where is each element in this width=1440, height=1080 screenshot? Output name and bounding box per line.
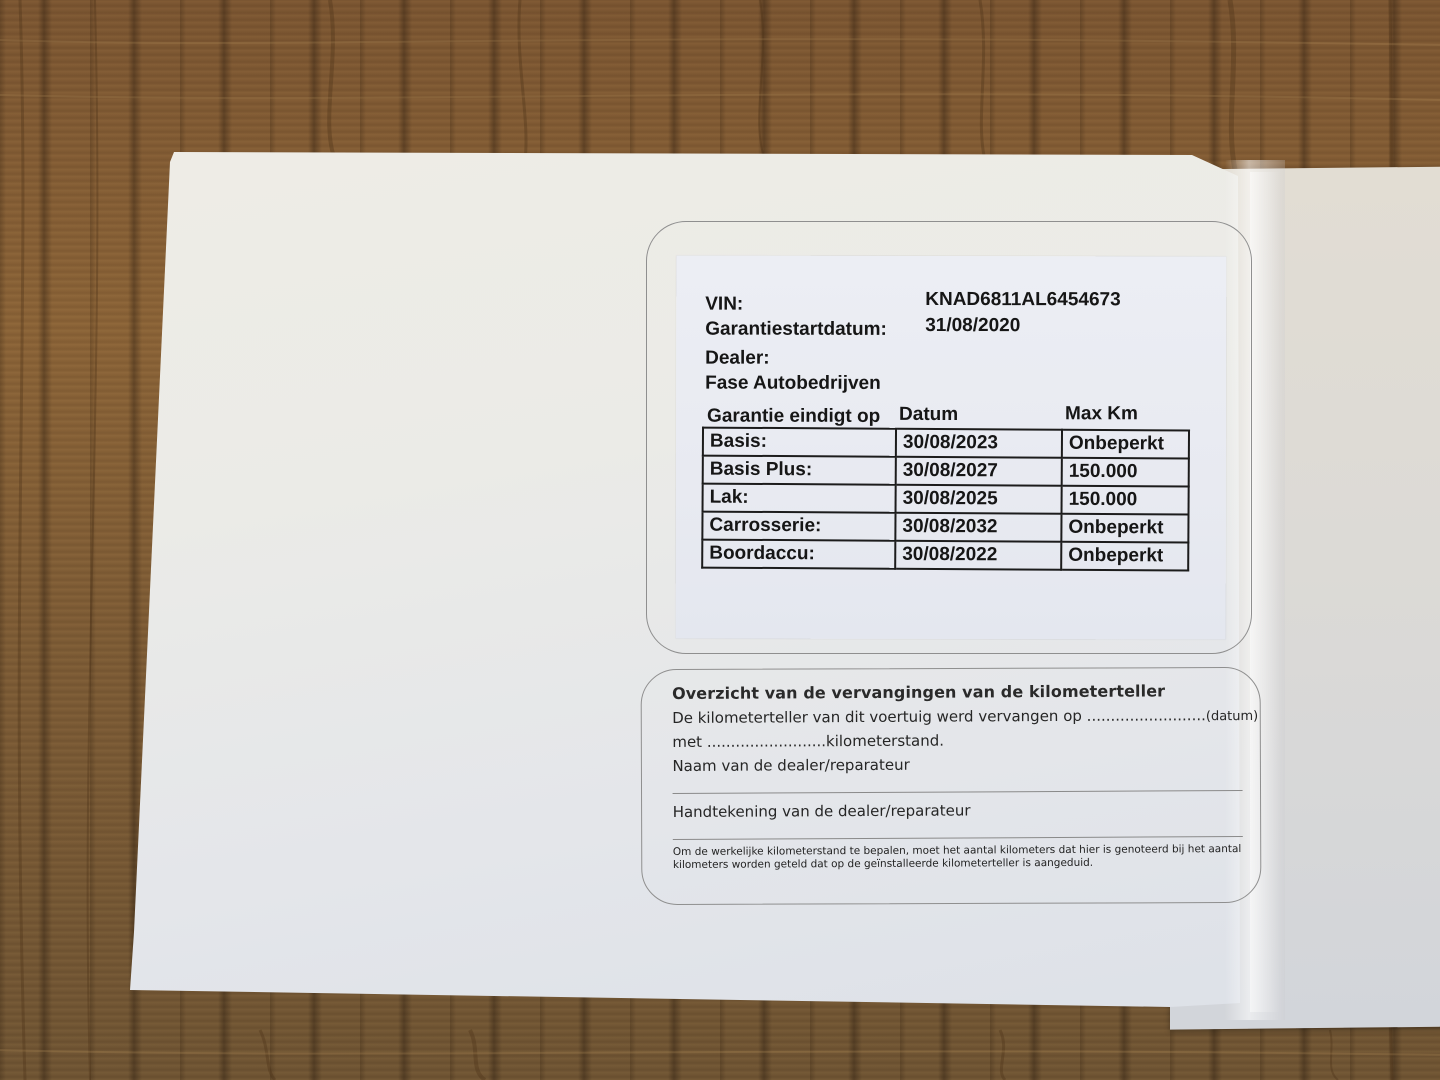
dealer-label: Dealer: [705,348,769,370]
replaced-on-text: De kilometerteller van dit voertuig werd… [672,707,1087,727]
signature-line [673,836,1243,840]
odometer-replaced-date-line: De kilometerteller van dit voertuig werd… [672,706,1252,727]
odometer-note: Om de werkelijke kilometerstand te bepal… [673,843,1248,871]
warranty-max-km: Onbeperkt [1062,430,1189,459]
with-text: met [672,733,707,751]
warranty-type: Lak: [703,484,896,513]
warranty-end-date: 30/08/2023 [896,429,1062,458]
table-row: Lak: 30/08/2025 150.000 [703,484,1189,515]
table-header-max-km: Max Km [1065,403,1138,425]
table-row: Carrosserie: 30/08/2032 Onbeperkt [702,512,1188,543]
odometer-replacement-section: Overzicht van de vervangingen van de kil… [672,681,1253,871]
vin-label: VIN: [705,294,743,316]
signature-label: Handtekening van de dealer/reparateur [673,800,1253,821]
table-header-ends: Garantie eindigt op [707,406,880,428]
warranty-type: Basis Plus: [703,456,896,485]
odometer-reading-line: met .........................kilometerst… [672,730,1252,751]
warranty-end-date: 30/08/2025 [896,485,1062,514]
reading-suffix: kilometerstand. [826,732,944,751]
table-row: Boordaccu: 30/08/2022 Onbeperkt [702,540,1188,571]
vin-value: KNAD6811AL6454673 [925,289,1120,311]
warranty-start-value: 31/08/2020 [925,315,1020,337]
dealer-name-line [673,790,1243,794]
warranty-end-date: 30/08/2027 [896,457,1062,486]
odometer-section-title: Overzicht van de vervangingen van de kil… [672,681,1252,703]
warranty-max-km: 150.000 [1062,458,1189,487]
table-header-date: Datum [899,404,958,426]
dealer-value: Fase Autobedrijven [705,373,881,395]
warranty-end-date: 30/08/2022 [895,541,1061,570]
warranty-start-label: Garantiestartdatum: [705,319,887,341]
date-hint: (datum) [1206,709,1258,724]
date-blank-field: ......................... [1087,706,1206,725]
warranty-max-km: Onbeperkt [1061,514,1188,543]
reading-blank-field: ......................... [707,732,826,751]
warranty-max-km: Onbeperkt [1061,542,1188,571]
warranty-sticker: VIN: KNAD6811AL6454673 Garantiestartdatu… [676,256,1227,640]
warranty-type: Basis: [703,428,896,457]
warranty-table: Basis: 30/08/2023 Onbeperkt Basis Plus: … [701,427,1190,572]
warranty-type: Boordaccu: [702,540,895,569]
warranty-max-km: 150.000 [1062,486,1189,515]
warranty-type: Carrosserie: [702,512,895,541]
warranty-end-date: 30/08/2032 [895,513,1061,542]
dealer-name-label: Naam van de dealer/reparateur [672,754,1252,775]
table-row: Basis Plus: 30/08/2027 150.000 [703,456,1189,487]
table-row: Basis: 30/08/2023 Onbeperkt [703,428,1189,459]
